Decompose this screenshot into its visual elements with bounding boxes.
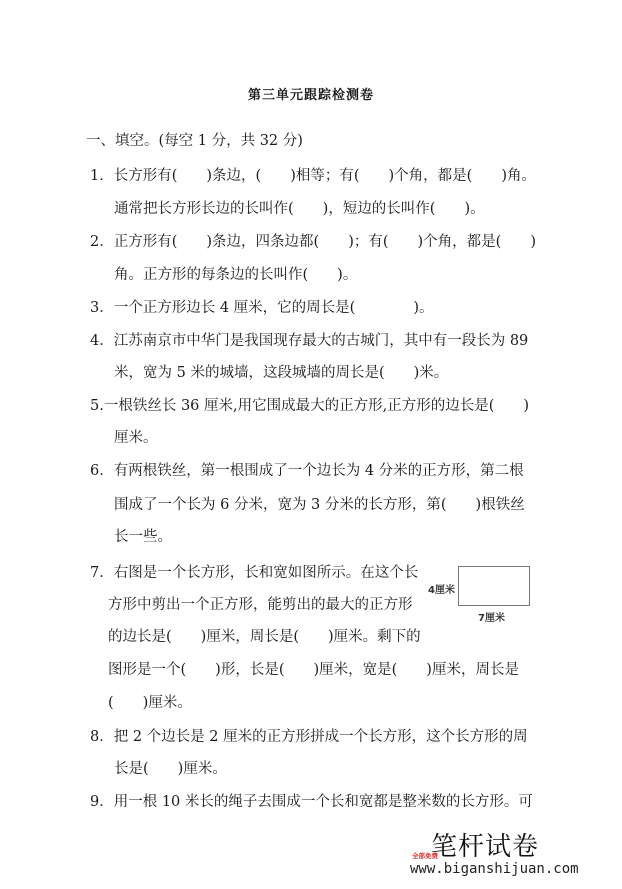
question-8-line-2: 长是( )厘米。 — [114, 760, 227, 778]
figure-width-label: 4厘米 — [428, 581, 455, 596]
question-6-line-1: 6．有两根铁丝，第一根围成了一个边长为 4 分米的正方形，第二根 — [90, 462, 524, 480]
question-3-line-1: 3．一个正方形边长 4 厘米，它的周长是( )。 — [90, 299, 433, 317]
question-7-line-4: 图形是一个( )形，长是( )厘米，宽是( )厘米，周长是 — [108, 661, 519, 679]
watermark-url: www.biganshijuan.com — [410, 861, 579, 877]
figure-length-label: 7厘米 — [478, 609, 505, 624]
question-6-line-2: 围成了一个长为 6 分米，宽为 3 分米的长方形，第( )根铁丝 — [114, 496, 525, 514]
question-4-line-1: 4．江苏南京市中华门是我国现存最大的古城门，其中有一段长为 89 — [90, 332, 528, 350]
question-2-line-1: 2．正方形有( )条边，四条边都( )；有( )个角，都是( ) — [90, 233, 536, 251]
question-5-line-2: 厘米。 — [114, 429, 158, 447]
question-2-line-2: 角。正方形的每条边的长叫作( )。 — [114, 266, 357, 284]
question-8-line-1: 8．把 2 个边长是 2 厘米的正方形拼成一个长方形，这个长方形的周 — [90, 728, 528, 746]
question-7-line-3: 的边长是( )厘米，周长是( )厘米。剩下的 — [108, 628, 421, 646]
question-4-line-2: 米，宽为 5 米的城墙，这段城墙的周长是( )米。 — [114, 364, 448, 382]
question-7-line-1: 7．右图是一个长方形，长和宽如图所示。在这个长 — [90, 564, 418, 582]
page-title: 第三单元跟踪检测卷 — [0, 84, 622, 103]
watermark-brand: 笔杆试卷 — [431, 826, 539, 863]
question-7-line-5: ( )厘米。 — [108, 694, 192, 712]
rectangle-figure — [458, 566, 530, 606]
section-heading: 一、填空。(每空 1 分，共 32 分) — [86, 132, 303, 150]
question-1-line-1: 1．长方形有( )条边，( )相等；有( )个角，都是( )角。 — [90, 167, 536, 185]
question-5-line-1: 5.一根铁丝长 36 厘米,用它围成最大的正方形,正方形的边长是( ) — [90, 397, 529, 415]
question-6-line-3: 长一些。 — [114, 528, 172, 546]
question-9-line-1: 9．用一根 10 米长的绳子去围成一个长和宽都是整米数的长方形。可 — [90, 793, 533, 811]
question-1-line-2: 通常把长方形长边的长叫作( )，短边的长叫作( )。 — [114, 200, 485, 218]
question-7-line-2: 方形中剪出一个正方形，能剪出的最大的正方形 — [108, 596, 413, 614]
watermark-free-tag: 全部免费 — [412, 851, 438, 860]
